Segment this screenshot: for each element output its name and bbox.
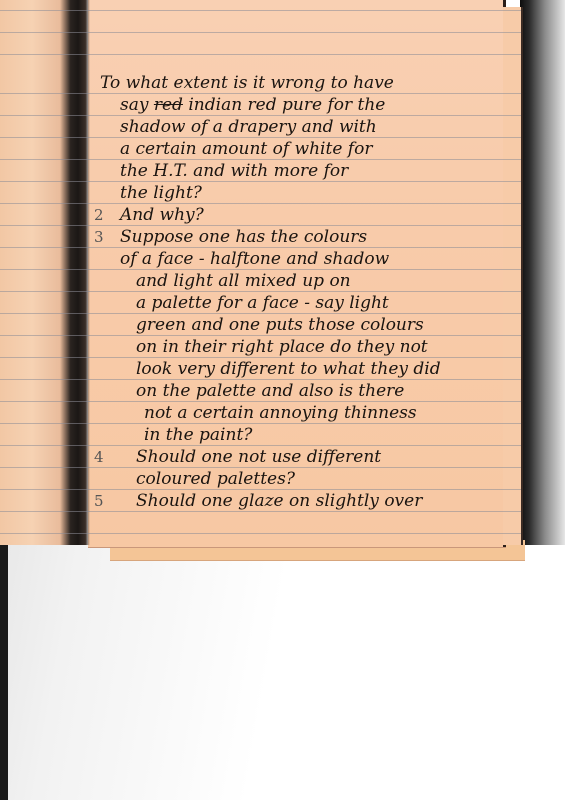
question-1-line-1: To what extent is it wrong to have [100, 72, 500, 94]
scanner-edge-shadow [0, 545, 8, 800]
question-1-line-2: say red indian red pure for the [100, 94, 500, 116]
question-1-line-4: a certain amount of white for [100, 138, 500, 160]
question-3-line-7: look very different to what they did [100, 358, 500, 380]
question-number: 5 [94, 490, 104, 512]
question-4-line-1: 4 Should one not use different [100, 446, 500, 468]
question-3-line-9: not a certain annoying thinness [100, 402, 500, 424]
text-line: Suppose one has the colours [120, 227, 367, 247]
text-line: and light all mixed up on [136, 271, 351, 291]
question-5-line-1: 5 Should one glaze on slightly over [100, 490, 500, 512]
text-line: indian red pure for the [188, 95, 385, 115]
text-line: the light? [120, 183, 202, 203]
question-3-line-3: and light all mixed up on [100, 270, 500, 292]
text-line: Should one not use different [136, 447, 381, 467]
question-number: 2 [94, 204, 104, 226]
struck-word: red [154, 95, 183, 115]
notebook-gutter [60, 0, 90, 545]
question-number: 3 [94, 226, 104, 248]
question-3-line-5: green and one puts those colours [100, 314, 500, 336]
handwritten-text: To what extent is it wrong to have say r… [100, 72, 500, 512]
question-1-line-3: shadow of a drapery and with [100, 116, 500, 138]
page-edge-strip [503, 7, 523, 545]
text-line: of a face - halftone and shadow [120, 249, 389, 269]
question-3-line-1: 3 Suppose one has the colours [100, 226, 500, 248]
text-line: say [120, 95, 148, 115]
text-line: green and one puts those colours [136, 315, 424, 335]
text-line: on in their right place do they not [136, 337, 428, 357]
text-line: the H.T. and with more for [120, 161, 348, 181]
text-line: in the paint? [144, 425, 252, 445]
text-line: To what extent is it wrong to have [100, 73, 394, 93]
text-line: not a certain annoying thinness [144, 403, 417, 423]
question-3-line-6: on in their right place do they not [100, 336, 500, 358]
question-3-line-2: of a face - halftone and shadow [100, 248, 500, 270]
text-line: Should one glaze on slightly over [136, 491, 422, 511]
question-3-line-10: in the paint? [100, 424, 500, 446]
question-number: 4 [94, 446, 104, 468]
question-4-line-2: coloured palettes? [100, 468, 500, 490]
scanner-right-shadow [520, 0, 565, 545]
text-line: coloured palettes? [136, 469, 295, 489]
text-line: shadow of a drapery and with [120, 117, 377, 137]
question-3-line-4: a palette for a face - say light [100, 292, 500, 314]
text-line: a certain amount of white for [120, 139, 372, 159]
question-3-line-8: on the palette and also is there [100, 380, 500, 402]
question-1-line-5: the H.T. and with more for [100, 160, 500, 182]
text-line: And why? [120, 205, 204, 225]
text-line: a palette for a face - say light [136, 293, 389, 313]
text-line: on the palette and also is there [136, 381, 404, 401]
question-1-line-6: the light? [100, 182, 500, 204]
question-2-line-1: 2 And why? [100, 204, 500, 226]
text-line: look very different to what they did [136, 359, 441, 379]
